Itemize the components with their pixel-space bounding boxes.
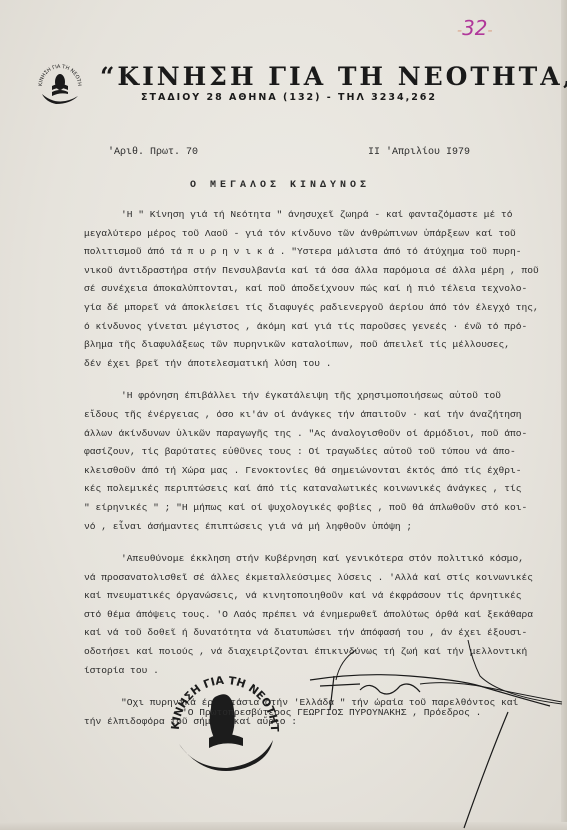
text-line: δέν έχει βρεῖ τήν άποτελεσματική λύση το…	[84, 355, 560, 374]
text-line: 'Η φρόνηση έπιβάλλει τήν έγκατάλειψη τῆς…	[84, 387, 560, 406]
text-line: γία δέ μπορεῖ νά άποκλείσει τίς διαφυγές…	[84, 299, 560, 318]
organization-title: “ΚΙΝΗΣΗ ΓΙΑ ΤΗ ΝΕΟΤΗΤΑ„	[100, 62, 567, 91]
text-line: στό θέμα άπόψεις τους. 'Ο Λαός πρέπει νά…	[84, 606, 560, 625]
letter-date: ΙΙ 'Απριλίου Ι979	[368, 147, 470, 158]
paragraph-1: 'Η " Κίνηση γιά τή Νεότητα " άνησυχεῖ ζω…	[84, 206, 560, 373]
text-line: πολιτισμοῦ άπό τά π υ ρ η ν ι κ ά . "Υστ…	[84, 243, 560, 262]
scanned-letter-page: -32- ΚΙΝΗΣΗ ΓΙΑ ΤΗ ΝΕΟΤΗΤΑ “ΚΙΝΗΣΗ ΓΙΑ Τ…	[0, 0, 567, 830]
organization-stamp-icon: ΚΙΝΗΣΗ ΓΙΑ ΤΗ ΝΕΟΤΗΤΑ	[165, 668, 285, 780]
text-line: βλημα τῆς διαφυλάξεως τῶν πυρηνικῶν κατα…	[84, 336, 560, 355]
text-line: νικοῦ άντιδραστήρα στήν Πενσυλβανία καί …	[84, 262, 560, 281]
letter-heading: Ο ΜΕΓΑΛΟΣ ΚΙΝΔΥΝΟΣ	[190, 180, 370, 191]
text-line: άλλων άκίνδυνων ὑλικῶν παραγωγῆς της . "…	[84, 425, 560, 444]
text-line: εἴδους τῆς ένέργειας , όσο κι'άν οί άνάγ…	[84, 406, 560, 425]
text-line: κές πολεμικές περιπτώσεις καί άπό τίς κα…	[84, 480, 560, 499]
text-line: νά προσανατολισθεῖ σέ άλλες έκμεταλλεύσι…	[84, 569, 560, 588]
text-line: ό κίνδυνος γίνεται μέγιστος , άκόμη καί …	[84, 318, 560, 337]
protocol-number: 'Αριθ. Πρωτ. 70	[108, 147, 198, 158]
organization-logo-icon: ΚΙΝΗΣΗ ΓΙΑ ΤΗ ΝΕΟΤΗΤΑ	[34, 56, 86, 108]
text-line: 'Η " Κίνηση γιά τή Νεότητα " άνησυχεῖ ζω…	[84, 206, 560, 225]
text-line: σέ συνέχεια άποκαλύπτονται, καί ποῦ άποδ…	[84, 280, 560, 299]
handwritten-page-number: -32-	[457, 16, 493, 40]
text-line: νό , εἶναι άσήμαντες έπιπτώσεις γιά νά μ…	[84, 518, 560, 537]
text-line: μεγαλύτερο μέρος τοῦ Λαοῦ - γιά τόν κίνδ…	[84, 225, 560, 244]
paragraph-2: 'Η φρόνηση έπιβάλλει τήν έγκατάλειψη τῆς…	[84, 387, 560, 536]
text-line: " είρηνικές " ; "Η μήπως καί οί ψυχολογι…	[84, 499, 560, 518]
text-line: κλεισθοῦν άπό τή Χώρα μας . Γενοκτονίες …	[84, 462, 560, 481]
organization-address: ΣΤΑΔΙΟΥ 28 ΑΘΗΝΑ (132) - ΤΗΛ 3234,262	[141, 92, 437, 103]
text-line: καί πνευματικές όργανώσεις, νά κινητοποι…	[84, 587, 560, 606]
handwritten-signature-icon	[300, 640, 567, 830]
text-line: 'Απευθύνομε έκκληση στήν Κυβέρνηση καί γ…	[84, 550, 560, 569]
text-line: φασίζουν, τίς βαρύτατες εὐθῦνες τους : Ο…	[84, 443, 560, 462]
